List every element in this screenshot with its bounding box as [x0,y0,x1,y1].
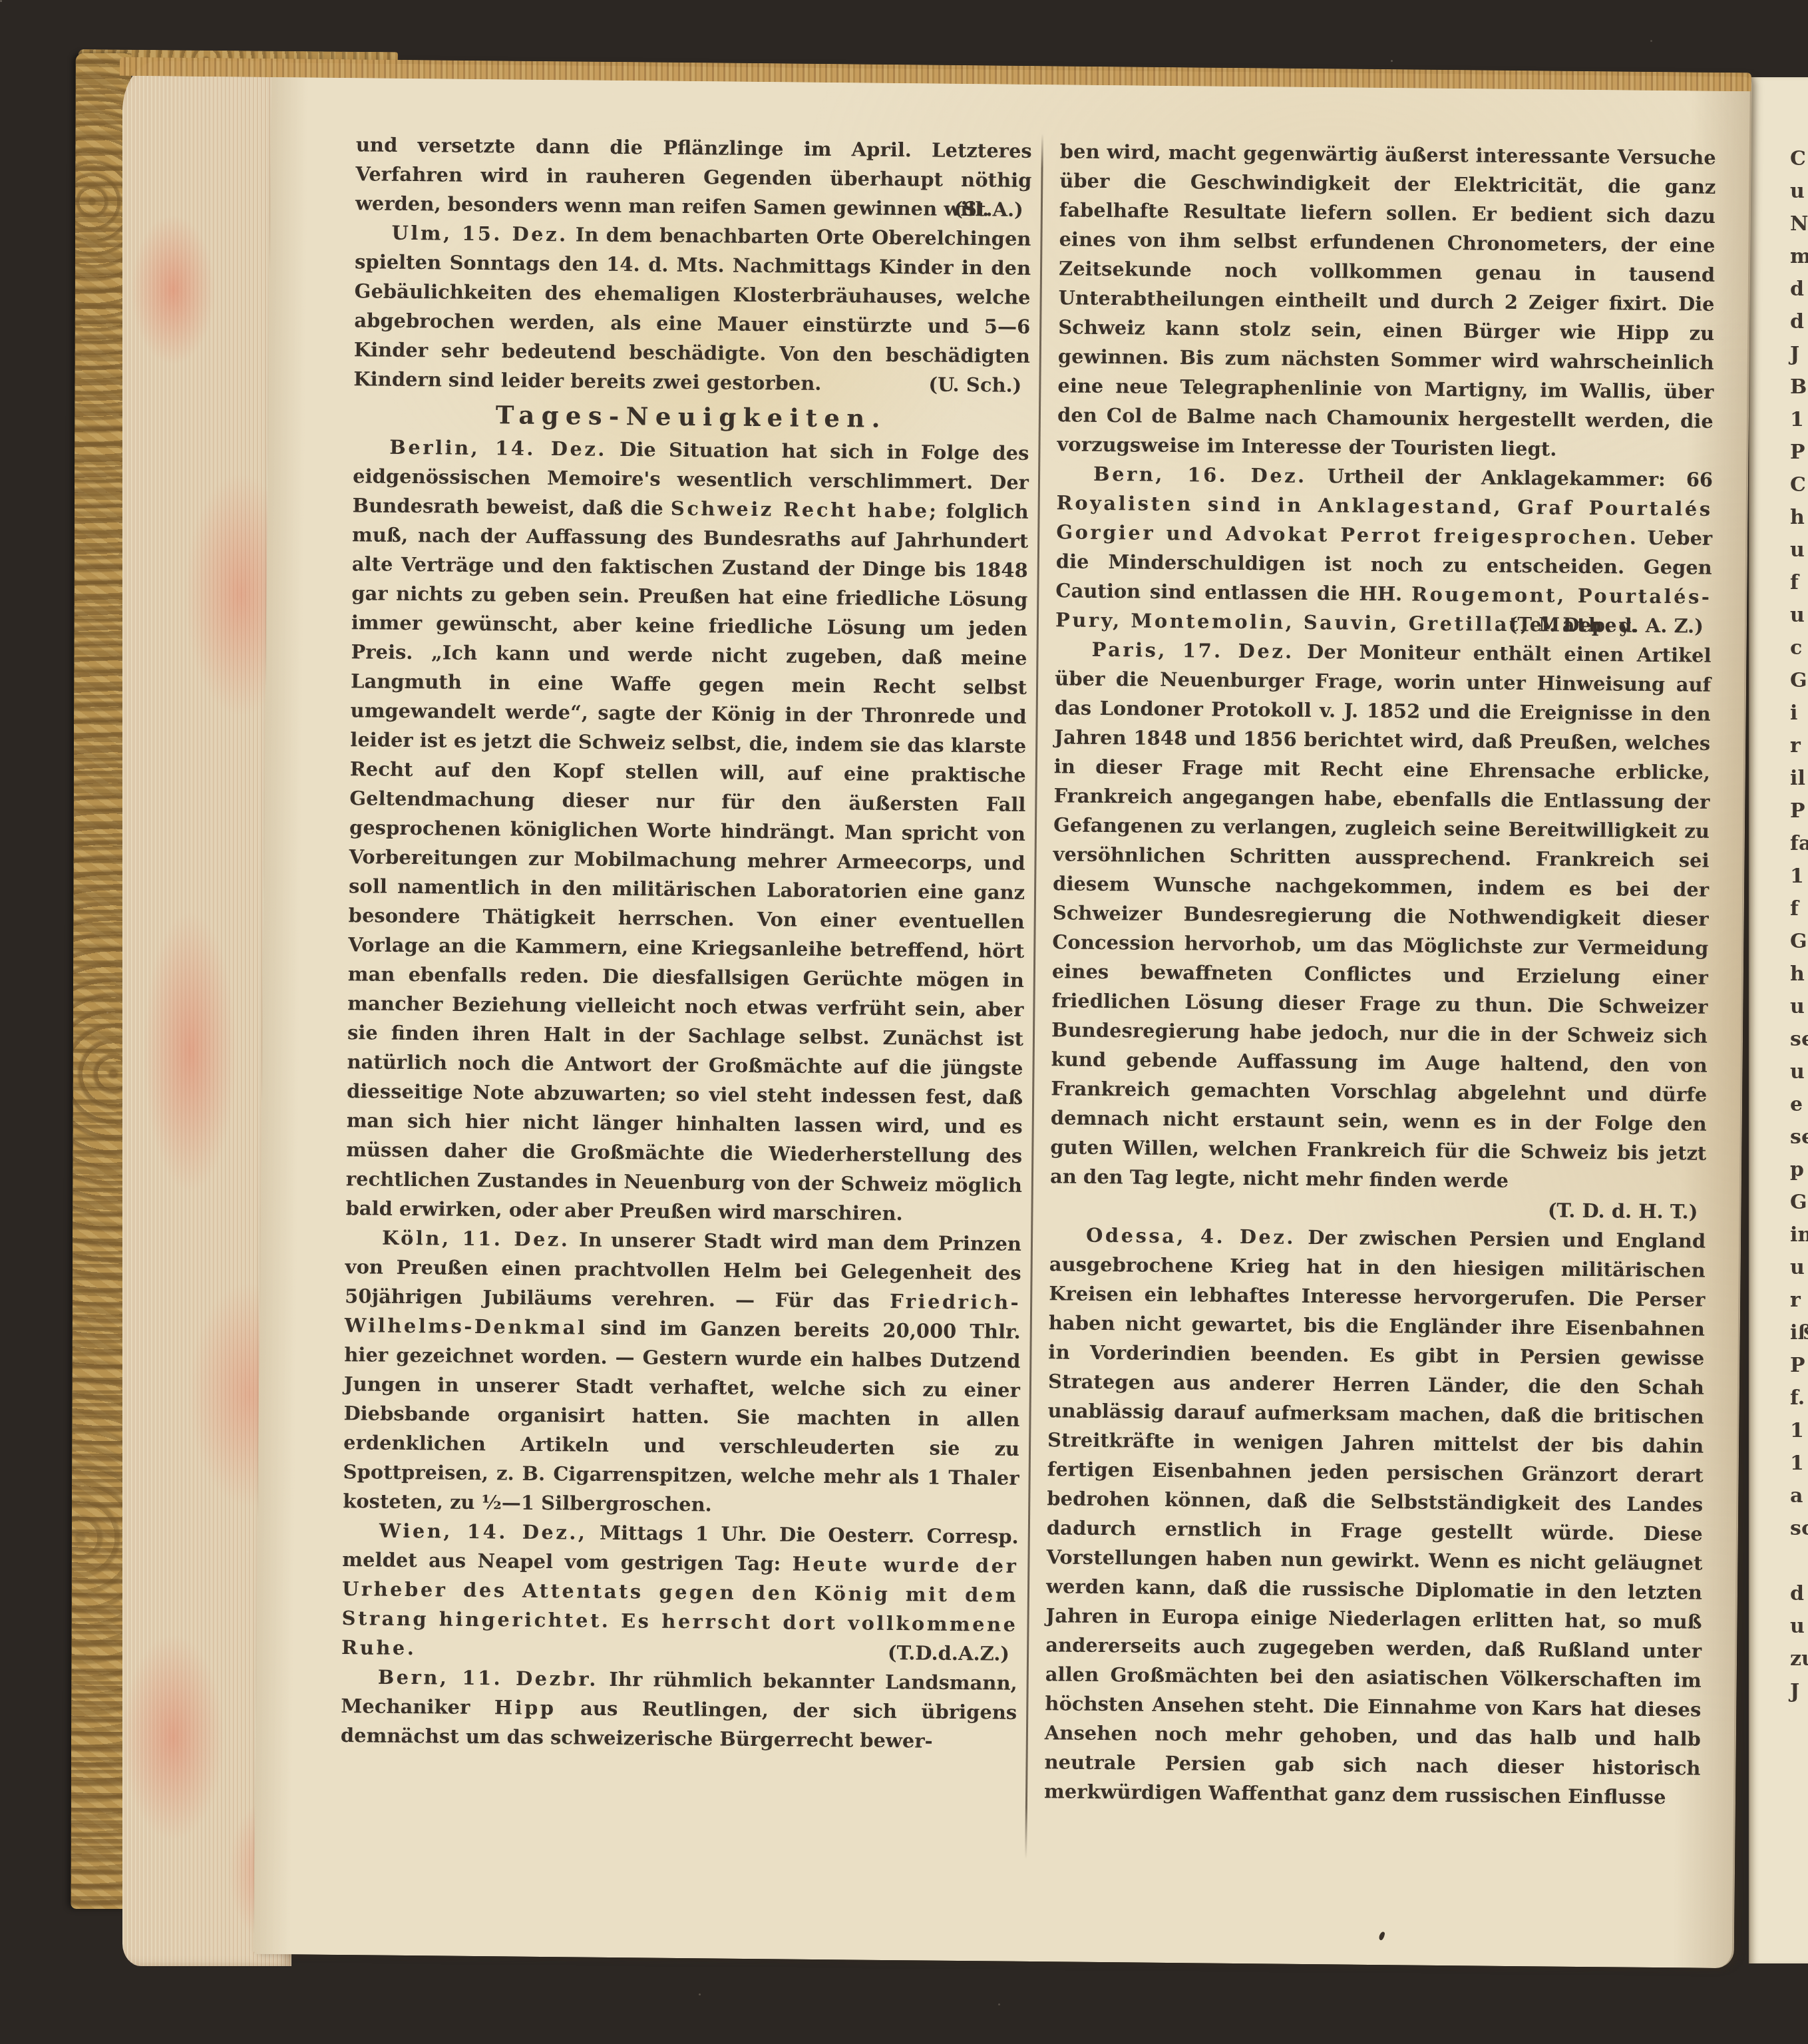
emphasized-text: Schweiz Recht habe; [671,497,939,522]
edge-fragment: d [1790,273,1808,306]
edge-fragment: 1 [1790,860,1808,893]
edge-text-fragments: CuNmddJB1PChufucGirilPfa1fGhuseuesepGinu… [1750,142,1808,1708]
edge-fragment: f. [1790,1382,1808,1414]
emphasized-text: Hipp [494,1696,556,1719]
news-paragraph: Köln, 11. Dez. In unserer Stadt wird man… [343,1223,1021,1522]
emphasized-text: Royalisten sind in Anklagestand, Graf Po… [1056,491,1713,548]
edge-fragment: zu [1790,1643,1808,1675]
body-text: ben wird, macht gegenwärtig äußerst inte… [1057,140,1716,460]
edge-fragment: u [1790,175,1808,208]
edge-fragment: in [1790,1219,1808,1251]
page-top-gilt-edge [120,57,1751,92]
next-page-sliver: CuNmddJB1PChufucGirilPfa1fGhuseuesepGinu… [1749,77,1808,1963]
edge-fragment: f [1790,566,1808,599]
edge-fragment: 1 [1790,403,1808,436]
right-column: ben wird, macht gegenwärtig äußerst inte… [1044,136,1716,1812]
edge-fragment: il [1790,762,1808,795]
edge-fragment: B [1790,371,1808,403]
edge-fragment: u [1790,534,1808,566]
ink-speck [1378,1931,1385,1941]
edge-fragment: C [1790,469,1808,501]
body-text: Der zwischen Persien und England ausgebr… [1044,1226,1706,1808]
body-text: Urtheil der Anklagekammer: 66 [1307,465,1714,491]
edge-fragment: f [1790,893,1808,925]
dateline-text: Odessa, 4. Dez. [1086,1224,1296,1249]
edge-fragment: h [1790,501,1808,534]
edge-fragment: iß [1790,1317,1808,1349]
edge-fragment: u [1790,990,1808,1023]
news-paragraph: Paris, 17. Dez. Der Moniteur enthält ein… [1050,634,1712,1197]
edge-fragment: r [1790,729,1808,762]
book-spread: CuNmddJB1PChufucGirilPfa1fGhuseuesepGinu… [0,0,1808,2044]
news-paragraph: Bern, 11. Dezbr. Ihr rühmlich bekannter … [341,1662,1017,1756]
dateline-text: Berlin, 14. Dez. [389,436,607,461]
edge-fragment: C [1790,142,1808,175]
edge-fragment: i [1790,697,1808,729]
scanned-newspaper-photo: { "palette": { "background": "#2c2723", … [0,0,1808,2044]
edge-fragment: J [1790,338,1808,371]
dateline-text: Wien, 14. Dez., [379,1520,588,1544]
edge-fragment: G [1790,664,1808,697]
edge-fragment: h [1790,958,1808,990]
edge-fragment: J [1790,1675,1808,1708]
news-paragraph: Berlin, 14. Dez. Die Situation hat sich … [345,432,1029,1229]
edge-fragment: P [1790,795,1808,827]
edge-fragment: d [1790,1577,1808,1610]
news-paragraph: ben wird, macht gegenwärtig äußerst inte… [1057,136,1716,465]
edge-fragment: se [1790,1023,1808,1056]
news-paragraph: und versetzte dann die Pflänzlinge im Ap… [355,130,1032,224]
edge-fragment: p [1790,1153,1808,1186]
edge-fragment: a [1790,1480,1808,1512]
dateline-text: Bern, 16. Dez. [1093,463,1307,487]
edge-fragment: c [1790,632,1808,664]
edge-fragment: G [1790,1186,1808,1219]
body-text: sind im Ganzen bereits 20,000 Thlr. hier… [343,1317,1021,1516]
edge-fragment: 1 [1790,1414,1808,1447]
edge-fragment: P [1790,1349,1808,1382]
edge-fragment: u [1790,1610,1808,1643]
edge-fragment [1790,1545,1808,1577]
news-paragraph: Odessa, 4. Dez. Der zwischen Persien und… [1044,1220,1706,1812]
body-text: folglich muß, nach der Auffassung des Bu… [345,500,1028,1225]
edge-fragment: m [1790,240,1808,273]
section-heading: Tages-Neuigkeiten. [353,399,1029,435]
edge-fragment: N [1790,208,1808,240]
edge-fragment: sc [1790,1512,1808,1545]
edge-fragment: 1 [1790,1447,1808,1480]
body-text: Der Moniteur enthält einen Artikel über … [1050,640,1712,1192]
edge-fragment: u [1790,1056,1808,1088]
edge-fragment: u [1790,1251,1808,1284]
edge-fragment: u [1790,599,1808,632]
dateline-text: Köln, 11. Dez. [382,1227,570,1251]
edge-fragment: e [1790,1088,1808,1121]
edge-fragment: r [1790,1284,1808,1317]
dateline-text: Ulm, 15. Dez. [391,222,568,246]
body-text: und versetzte dann die Pflänzlinge im Ap… [355,133,1032,220]
edge-fragment: d [1790,306,1808,338]
newspaper-page: und versetzte dann die Pflänzlinge im Ap… [254,63,1752,1968]
left-column: und versetzte dann die Pflänzlinge im Ap… [341,130,1032,1756]
edge-fragment: G [1790,925,1808,958]
edge-fragment: fa [1790,827,1808,860]
dateline-text: Bern, 11. Dezbr. [378,1666,599,1691]
body-text: In dem benachbarten Orte Oberelchingen s… [353,223,1031,395]
dateline-text: Paris, 17. Dez. [1091,638,1294,663]
edge-fragment: se [1790,1121,1808,1153]
edge-fragment: P [1790,436,1808,469]
